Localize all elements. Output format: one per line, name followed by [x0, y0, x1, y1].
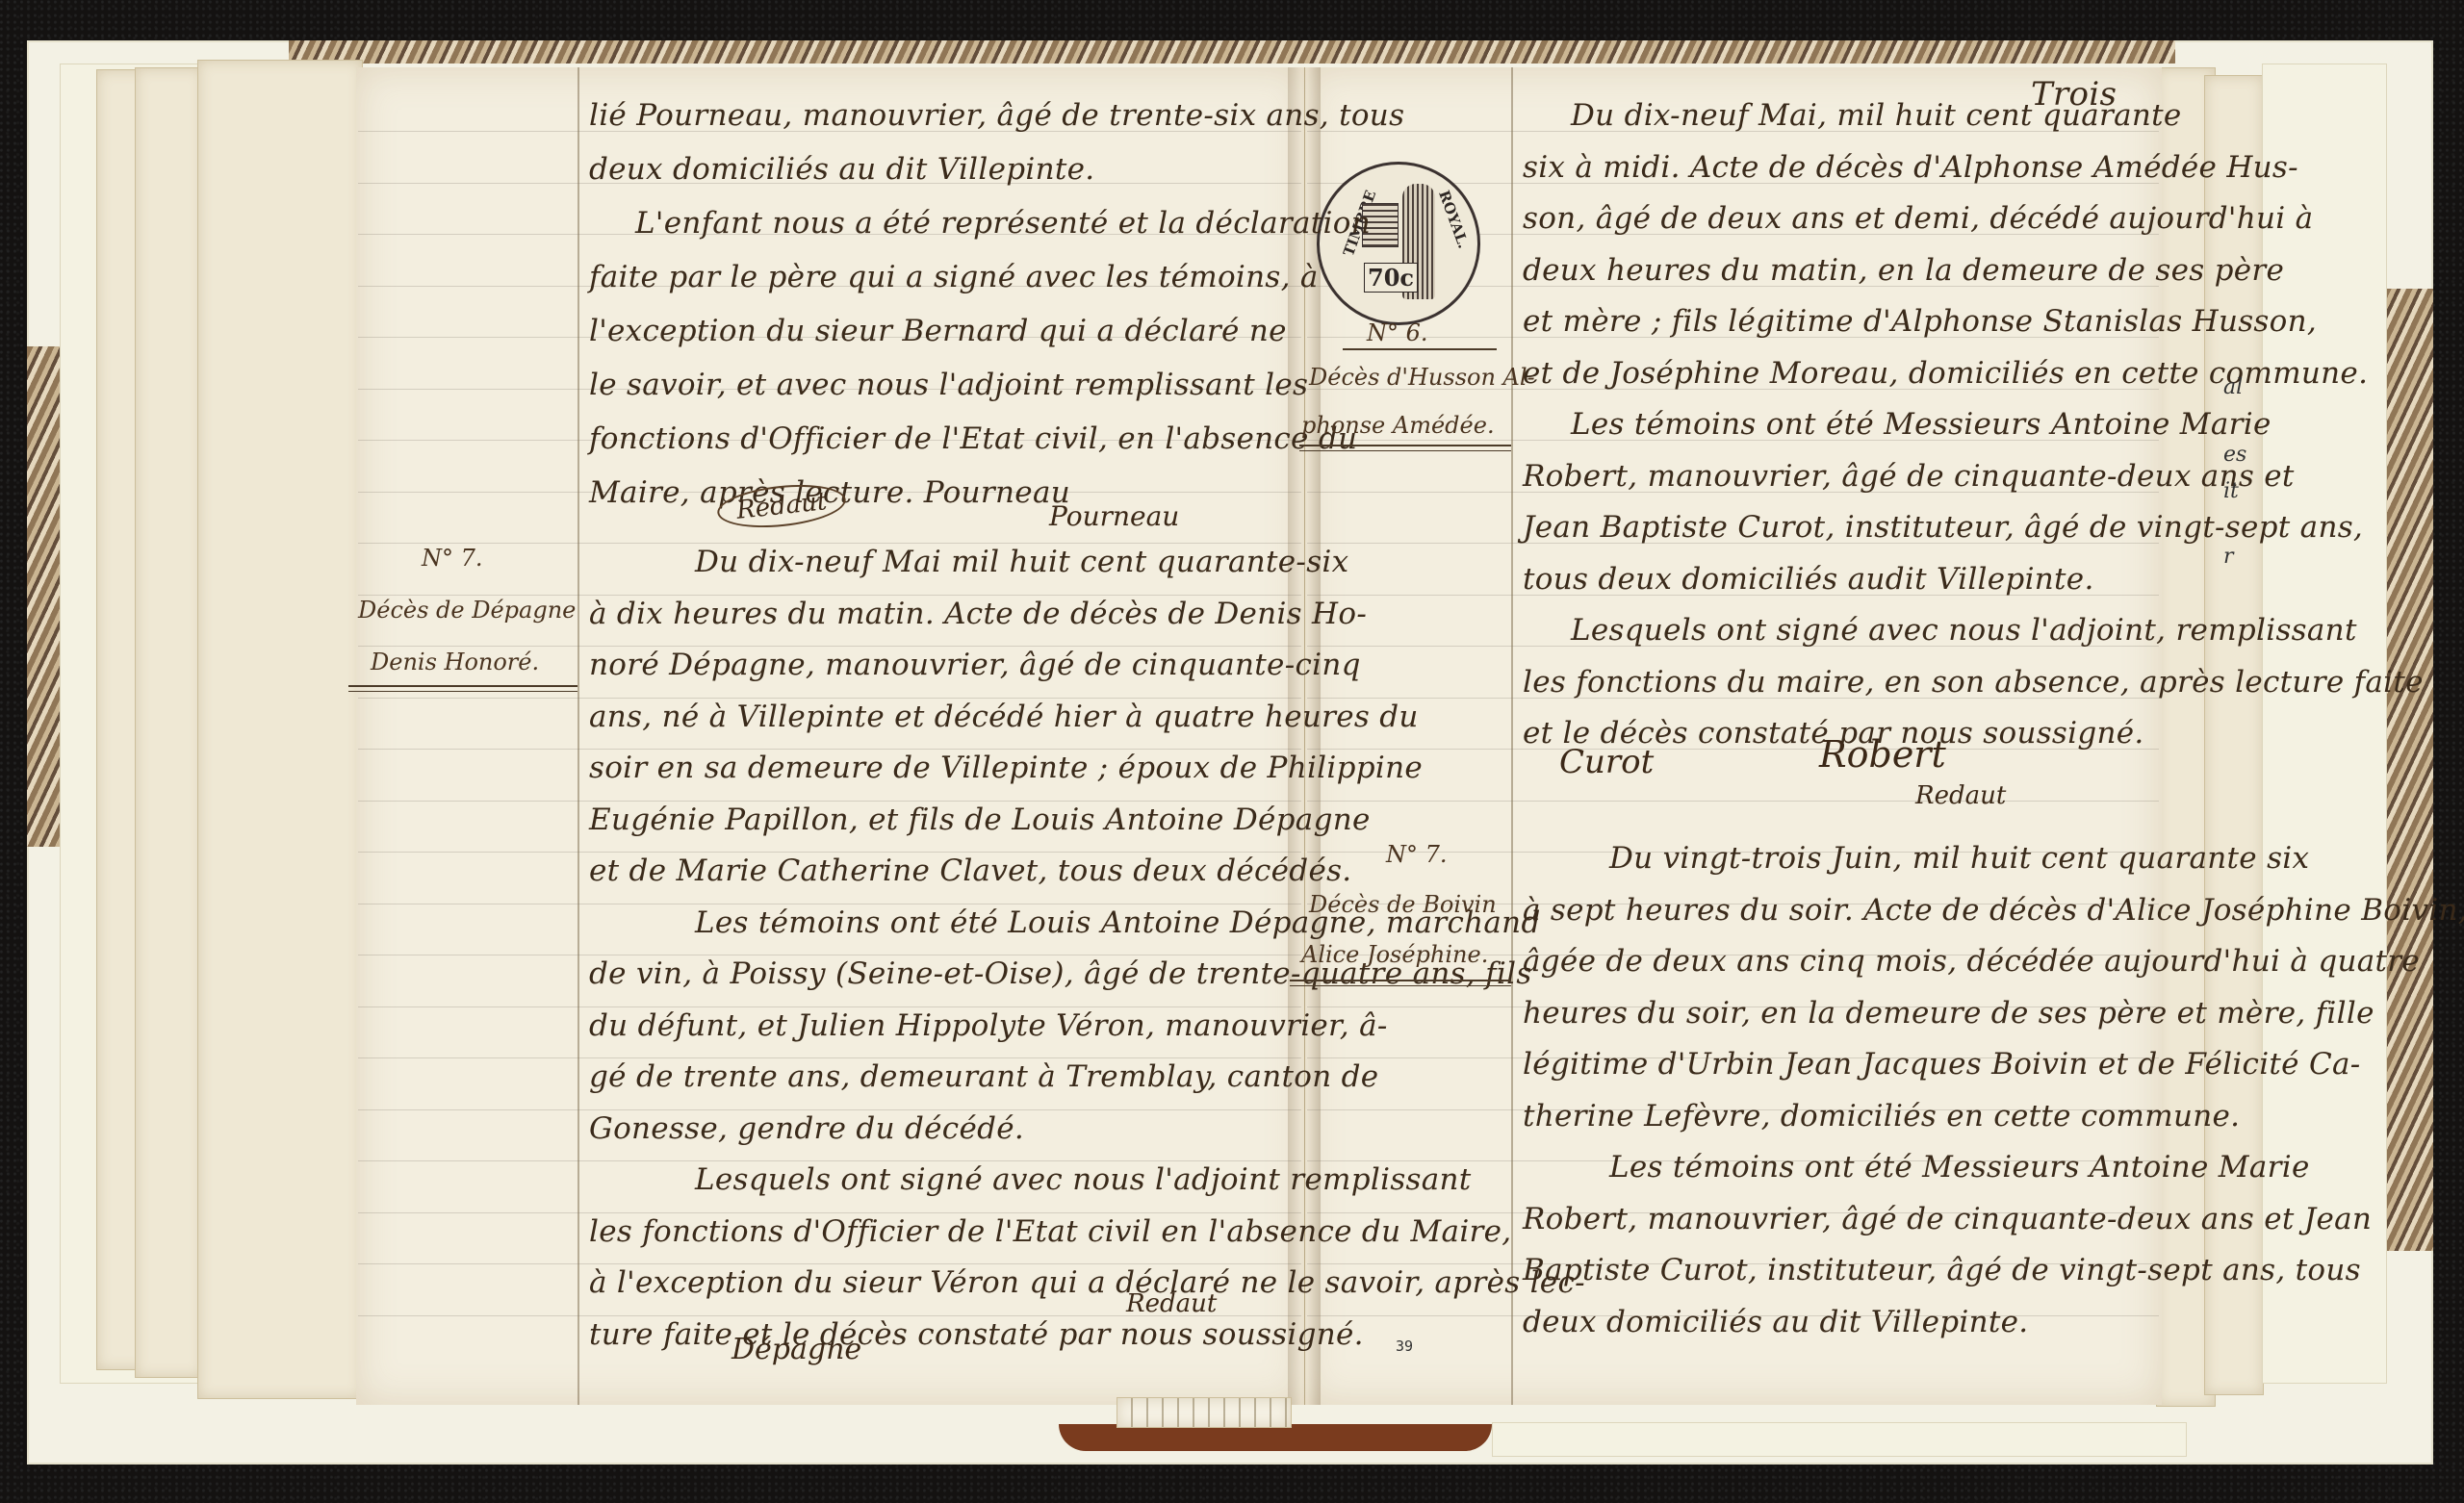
ruled-line [358, 1263, 1301, 1264]
left-line-5: le savoir, et avec nous l'adjoint rempli… [589, 368, 1308, 402]
text-line: Jean Baptiste Curot, instituteur, âgé de… [1523, 510, 2363, 545]
ruled-line [358, 852, 1301, 853]
text-line: à sept heures du soir. Acte de décès d'A… [1523, 893, 2464, 928]
margin-entry-title-no7-2: Alice Joséphine. [1301, 941, 1488, 968]
text-line: tous deux domiciliés audit Villepinte. [1523, 562, 2094, 597]
marbled-corner-right [2385, 289, 2433, 1251]
text-line: Lesquels ont signé avec nous l'adjoint r… [695, 1162, 1472, 1197]
left-margin-rule [577, 67, 579, 1405]
marbled-cover-top [289, 40, 2175, 64]
ruled-line [358, 904, 1301, 904]
signature-depagne: Dépagne [731, 1333, 861, 1366]
text-line: Du dix-neuf Mai, mil huit cent quarante [1571, 98, 2182, 133]
text-line: Les témoins ont été Messieurs Antoine Ma… [1571, 407, 2271, 442]
ruled-line [358, 955, 1301, 955]
marbled-corner-left [27, 346, 60, 847]
left-line-1: deux domiciliés au dit Villepinte. [589, 152, 1094, 187]
text-line: Robert, manouvrier, âgé de cinquante-deu… [1523, 1202, 2372, 1236]
text-line: et de Marie Catherine Clavet, tous deux … [589, 853, 1351, 888]
margin-entry-number-no6: N° 6. [1367, 319, 1428, 346]
text-line: du défunt, et Julien Hippolyte Véron, ma… [589, 1008, 1388, 1043]
leaf-stack-left-3 [197, 60, 363, 1399]
ruled-line [1307, 801, 2159, 802]
margin-entry-title-no7-1: Décès de Boivin [1309, 891, 1497, 918]
binding-tape [1492, 1422, 2187, 1457]
ruled-line [358, 1057, 1301, 1058]
text-line: ans, né à Villepinte et décédé hier à qu… [589, 700, 1419, 734]
signature-redaut-2: Redaut [1126, 1289, 1217, 1318]
text-line: et mère ; fils légitime d'Alphonse Stani… [1523, 304, 2317, 339]
ruled-line [358, 1006, 1301, 1007]
text-line: âgée de deux ans cinq mois, décédée aujo… [1523, 944, 2420, 979]
right-page-margin-rule [1511, 67, 1513, 1405]
text-line: Du vingt-trois Juin, mil huit cent quara… [1609, 841, 2309, 876]
text-line: légitime d'Urbin Jean Jacques Boivin et … [1523, 1047, 2361, 1082]
royal-tax-stamp: TIMBRE ROYAL. 70c [1317, 162, 1480, 325]
left-line-0: lié Pourneau, manouvrier, âgé de trente-… [589, 98, 1404, 133]
ruled-line [358, 543, 1301, 544]
edge-letter: es [2223, 443, 2246, 467]
margin-separator-no7 [1290, 980, 1511, 986]
binding-headband [1059, 1424, 1492, 1451]
text-line: Baptiste Curot, instituteur, âgé de ving… [1523, 1253, 2361, 1287]
text-line: ture faite et le décès constaté par nous… [589, 1317, 1364, 1352]
left-line-2: L'enfant nous a été représenté et la déc… [635, 206, 1371, 241]
ruled-line [358, 749, 1301, 750]
text-line: deux heures du matin, en la demeure de s… [1523, 253, 2284, 288]
ruled-line [358, 1160, 1301, 1161]
text-line: deux domiciliés au dit Villepinte. [1523, 1305, 2028, 1339]
margin-entry-title-no6-1: Décès d'Husson Al- [1309, 364, 1535, 391]
text-line: les fonctions du maire, en son absence, … [1523, 665, 2424, 700]
margin-entry-title-left-1: Décès de Dépagne [358, 597, 576, 624]
margin-separator-left [348, 685, 577, 692]
signature-pourneau: Pourneau [1049, 500, 1179, 532]
text-line: soir en sa demeure de Villepinte ; époux… [589, 751, 1423, 785]
edge-letter: it [2223, 479, 2239, 503]
left-line-3: faite par le père qui a signé avec les t… [589, 260, 1319, 294]
margin-entry-title-no6-2: phonse Amédée. [1301, 412, 1495, 439]
text-line: heures du soir, en la demeure de ses pèr… [1523, 996, 2374, 1031]
ruled-line [358, 646, 1301, 647]
edge-letter: r [2223, 545, 2234, 569]
text-line: therine Lefèvre, domiciliés en cette com… [1523, 1099, 2240, 1134]
text-line: Gonesse, gendre du décédé. [589, 1111, 1024, 1146]
ruled-line [358, 595, 1301, 596]
text-line: Les témoins ont été Messieurs Antoine Ma… [1609, 1150, 2310, 1185]
left-line-4: l'exception du sieur Bernard qui a décla… [589, 314, 1287, 348]
ruled-line [358, 801, 1301, 802]
signature-robert: Robert [1819, 733, 1946, 776]
text-line: six à midi. Acte de décès d'Alphonse Amé… [1523, 150, 2298, 185]
spine-tabs [1116, 1397, 1292, 1428]
edge-letter: al [2223, 375, 2243, 399]
folio-number: 39 [1396, 1337, 1413, 1355]
stamp-value: 70c [1364, 263, 1418, 293]
signature-curot: Curot [1559, 743, 1654, 781]
ruled-line [358, 1212, 1301, 1213]
margin-entry-number-no7: N° 7. [1386, 841, 1448, 868]
leaf-stack-left-2 [135, 67, 204, 1378]
text-line: les fonctions d'Officier de l'Etat civil… [589, 1214, 1511, 1249]
ruled-line [358, 698, 1301, 699]
text-line: Robert, manouvrier, âgé de cinquante-deu… [1523, 459, 2295, 494]
margin-separator-no6 [1299, 445, 1511, 451]
text-line: gé de trente ans, demeurant à Tremblay, … [589, 1059, 1378, 1094]
signature-redaut-3: Redaut [1915, 781, 2006, 810]
text-line: Eugénie Papillon, et fils de Louis Antoi… [589, 802, 1371, 837]
ruled-line [358, 1109, 1301, 1110]
left-line-6: fonctions d'Officier de l'Etat civil, en… [589, 421, 1357, 456]
text-line: Du dix-neuf Mai mil huit cent quarante-s… [695, 545, 1348, 579]
text-line: noré Dépagne, manouvrier, âgé de cinquan… [589, 648, 1361, 682]
margin-rule-no6 [1343, 348, 1497, 350]
text-line: Lesquels ont signé avec nous l'adjoint, … [1571, 613, 2357, 648]
stamp-text-royal: ROYAL. [1435, 188, 1472, 250]
margin-entry-number-left: N° 7. [422, 545, 483, 572]
text-line: à l'exception du sieur Véron qui a décla… [589, 1265, 1585, 1300]
margin-entry-title-left-2: Denis Honoré. [371, 649, 539, 675]
text-line: à dix heures du matin. Acte de décès de … [589, 597, 1367, 631]
text-line: son, âgé de deux ans et demi, décédé auj… [1523, 201, 2313, 236]
